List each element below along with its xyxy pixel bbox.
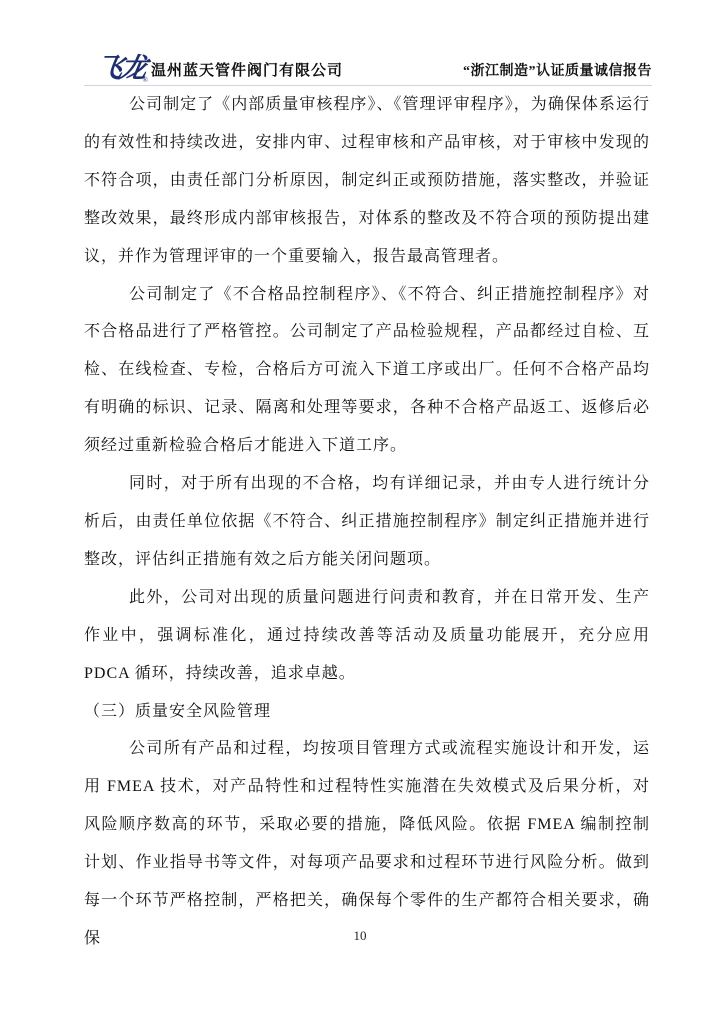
page-number: 10 [354, 928, 367, 943]
page-footer: 10 [0, 928, 720, 944]
paragraph-pdca-improvement: 此外，公司对出现的质量问题进行问责和教育，并在日常开发、生产作业中，强调标准化，… [84, 579, 650, 693]
report-title: “浙江制造”认证质量诚信报告 [463, 60, 652, 82]
company-name: 温州蓝天管件阀门有限公司 [151, 59, 343, 82]
paragraph-nonconforming-control: 公司制定了《不合格品控制程序》、《不符合、纠正措施控制程序》对不合格品进行了严格… [84, 276, 650, 466]
registered-trademark-icon: ® [143, 77, 148, 84]
paragraph-fmea-risk: 公司所有产品和过程，均按项目管理方式或流程实施设计和开发，运用 FMEA 技术，… [84, 730, 650, 957]
feilong-logo-icon: 飞龙 [94, 55, 147, 82]
paragraph-internal-audit: 公司制定了《内部质量审核程序》、《管理评审程序》，为确保体系运行的有效性和持续改… [84, 86, 650, 276]
page-header: 飞龙 ® 温州蓝天管件阀门有限公司 “浙江制造”认证质量诚信报告 [84, 40, 652, 86]
document-page: 飞龙 ® 温州蓝天管件阀门有限公司 “浙江制造”认证质量诚信报告 公司制定了《内… [0, 0, 720, 1018]
company-logo: 飞龙 ® [96, 55, 144, 82]
document-body: 公司制定了《内部质量审核程序》、《管理评审程序》，为确保体系运行的有效性和持续改… [84, 86, 650, 958]
section-heading-quality-risk: （三）质量安全风险管理 [84, 693, 650, 731]
paragraph-record-analysis: 同时，对于所有出现的不合格，均有详细记录，并由专人进行统计分析后，由责任单位依据… [84, 465, 650, 579]
